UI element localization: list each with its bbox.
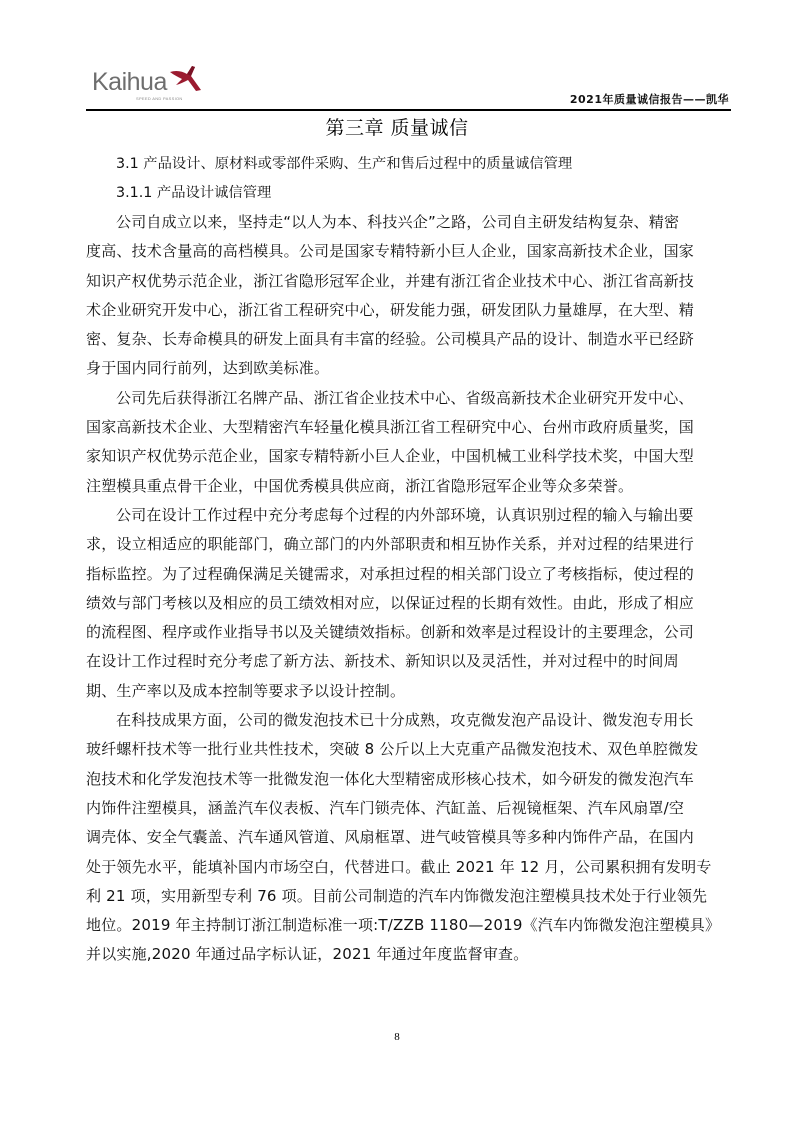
paragraph-line: 期、生产率以及成本控制等要求予以设计控制。 [86,677,731,706]
logo-tagline: SPEED AND PASSION [136,96,183,101]
paragraph-line: 处于领先水平，能填补国内市场空白，代替进口。截止 2021 年 12 月，公司累… [86,853,731,882]
hummingbird-logo-icon [168,64,202,94]
paragraph-line: 国家高新技术企业、大型精密汽车轻量化模具浙江省工程研究中心、台州市政府质量奖，国 [86,413,731,442]
page-header: Kaihua SPEED AND PASSION 2021年质量诚信报告——凯华 [86,58,731,112]
paragraph-line: 并以实施,2020 年通过品字标认证，2021 年通过年度监督审查。 [86,940,731,969]
paragraph-line: 注塑模具重点骨干企业，中国优秀模具供应商，浙江省隐形冠军企业等众多荣誉。 [86,472,731,501]
section-heading-3-1: 3.1 产品设计、原材料或零部件采购、生产和售后过程中的质量诚信管理 [86,150,731,179]
header-divider [86,109,731,111]
paragraph-line: 在设计工作过程时充分考虑了新方法、新技术、新知识以及灵活性，并对过程中的时间周 [86,647,731,676]
paragraph-design-process: 公司在设计工作过程中充分考虑每个过程的内外部环境，认真识别过程的输入与输出要 求… [86,501,731,706]
page-number: 8 [0,1031,794,1043]
paragraph-line: 玻纤螺杆技术等一批行业共性技术，突破 8 公斤以上大克重产品微发泡技术、双色单腔… [86,735,731,764]
paragraph-line: 在科技成果方面，公司的微发泡技术已十分成熟，攻克微发泡产品设计、微发泡专用长 [86,706,731,735]
paragraph-line: 公司在设计工作过程中充分考虑每个过程的内外部环境，认真识别过程的输入与输出要 [86,501,731,530]
paragraph-line: 家知识产权优势示范企业，国家专精特新小巨人企业，中国机械工业科学技术奖，中国大型 [86,442,731,471]
paragraph-line: 泡技术和化学发泡技术等一批微发泡一体化大型精密成形核心技术，如今研发的微发泡汽车 [86,765,731,794]
paragraph-line: 公司先后获得浙江名牌产品、浙江省企业技术中心、省级高新技术企业研究开发中心、 [86,384,731,413]
section-heading-3-1-1: 3.1.1 产品设计诚信管理 [86,179,731,208]
paragraph-honors: 公司先后获得浙江名牌产品、浙江省企业技术中心、省级高新技术企业研究开发中心、 国… [86,384,731,501]
paragraph-line: 求，设立相适应的职能部门，确立部门的内外部职责和相互协作关系，并对过程的结果进行 [86,530,731,559]
paragraph-line: 调壳体、安全气囊盖、汽车通风管道、风扇框罩、进气岐管模具等多种内饰件产品，在国内 [86,823,731,852]
paragraph-line: 公司自成立以来，坚持走“以人为本、科技兴企”之路，公司自主研发结构复杂、精密 [86,208,731,237]
paragraph-line: 度高、技术含量高的高档模具。公司是国家专精特新小巨人企业，国家高新技术企业，国家 [86,237,731,266]
paragraph-line: 指标监控。为了过程确保满足关键需求，对承担过程的相关部门设立了考核指标，使过程的 [86,560,731,589]
paragraph-line: 知识产权优势示范企业，浙江省隐形冠军企业，并建有浙江省企业技术中心、浙江省高新技 [86,267,731,296]
logo-wordmark: Kaihua [92,68,167,97]
chapter-title: 第三章 质量诚信 [0,113,794,140]
company-logo: Kaihua SPEED AND PASSION [92,64,212,106]
paragraph-line: 利 21 项，实用新型专利 76 项。目前公司制造的汽车内饰微发泡注塑模具技术处… [86,882,731,911]
paragraph-line: 术企业研究开发中心，浙江省工程研究中心，研发能力强，研发团队力量雄厚，在大型、精 [86,296,731,325]
paragraph-line: 密、复杂、长寿命模具的研发上面具有丰富的经验。公司模具产品的设计、制造水平已经跻 [86,325,731,354]
paragraph-line: 绩效与部门考核以及相应的员工绩效相对应，以保证过程的长期有效性。由此，形成了相应 [86,589,731,618]
paragraph-line: 内饰件注塑模具，涵盖汽车仪表板、汽车门锁壳体、汽缸盖、后视镜框架、汽车风扇罩/空 [86,794,731,823]
paragraph-line: 地位。2019 年主持制订浙江制造标准一项:T/ZZB 1180—2019《汽车… [86,911,731,940]
paragraph-line: 身于国内同行前列，达到欧美标准。 [86,354,731,383]
document-body: 3.1 产品设计、原材料或零部件采购、生产和售后过程中的质量诚信管理 3.1.1… [86,150,731,970]
paragraph-tech-achievements: 在科技成果方面，公司的微发泡技术已十分成熟，攻克微发泡产品设计、微发泡专用长 玻… [86,706,731,970]
paragraph-company-rd: 公司自成立以来，坚持走“以人为本、科技兴企”之路，公司自主研发结构复杂、精密 度… [86,208,731,384]
header-report-title: 2021年质量诚信报告——凯华 [570,91,729,107]
paragraph-line: 的流程图、程序或作业指导书以及关键绩效指标。创新和效率是过程设计的主要理念，公司 [86,618,731,647]
